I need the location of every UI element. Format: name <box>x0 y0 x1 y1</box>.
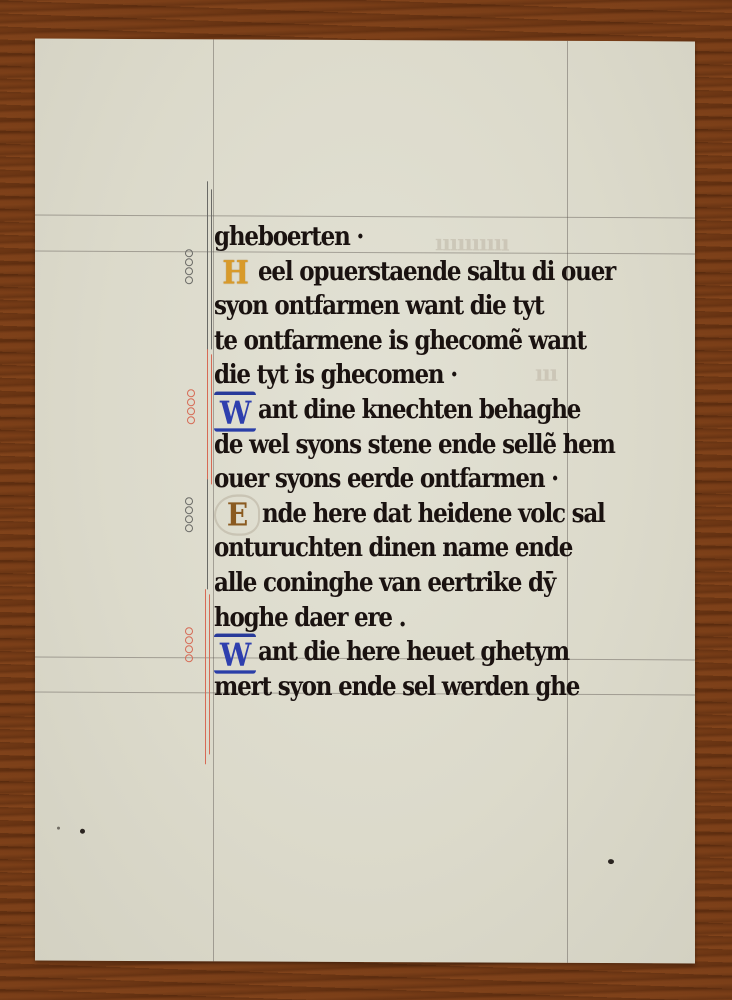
red-penwork-flourish <box>211 354 212 484</box>
grey-penwork-flourish <box>207 479 208 589</box>
text-line: Want dine knechten behaghe <box>214 390 584 430</box>
red-bead-penwork <box>187 389 199 425</box>
ink-spot <box>57 827 60 830</box>
red-penwork-flourish <box>209 594 210 754</box>
red-penwork-flourish <box>207 349 208 489</box>
text-line: gheboerten · <box>214 217 584 257</box>
manuscript-text-block: gheboerten · Heel opuerstaende saltu di … <box>214 220 584 704</box>
text-line: mert syon ende sel werden ghe <box>214 667 584 707</box>
ink-spot <box>608 859 614 864</box>
grey-bead-penwork <box>185 497 197 533</box>
grey-penwork-flourish <box>211 189 212 349</box>
grey-bead-penwork <box>185 249 197 285</box>
ink-spot <box>80 829 85 834</box>
text-line: Want die here heuet ghetym <box>214 633 584 673</box>
red-penwork-flourish <box>205 589 206 764</box>
text-line: alle coninghe van eertrike dȳ <box>214 563 584 603</box>
text-line: ouer syons eerde ontfarmen · <box>214 460 584 500</box>
red-bead-penwork <box>185 627 197 663</box>
grey-penwork-flourish <box>207 181 208 351</box>
